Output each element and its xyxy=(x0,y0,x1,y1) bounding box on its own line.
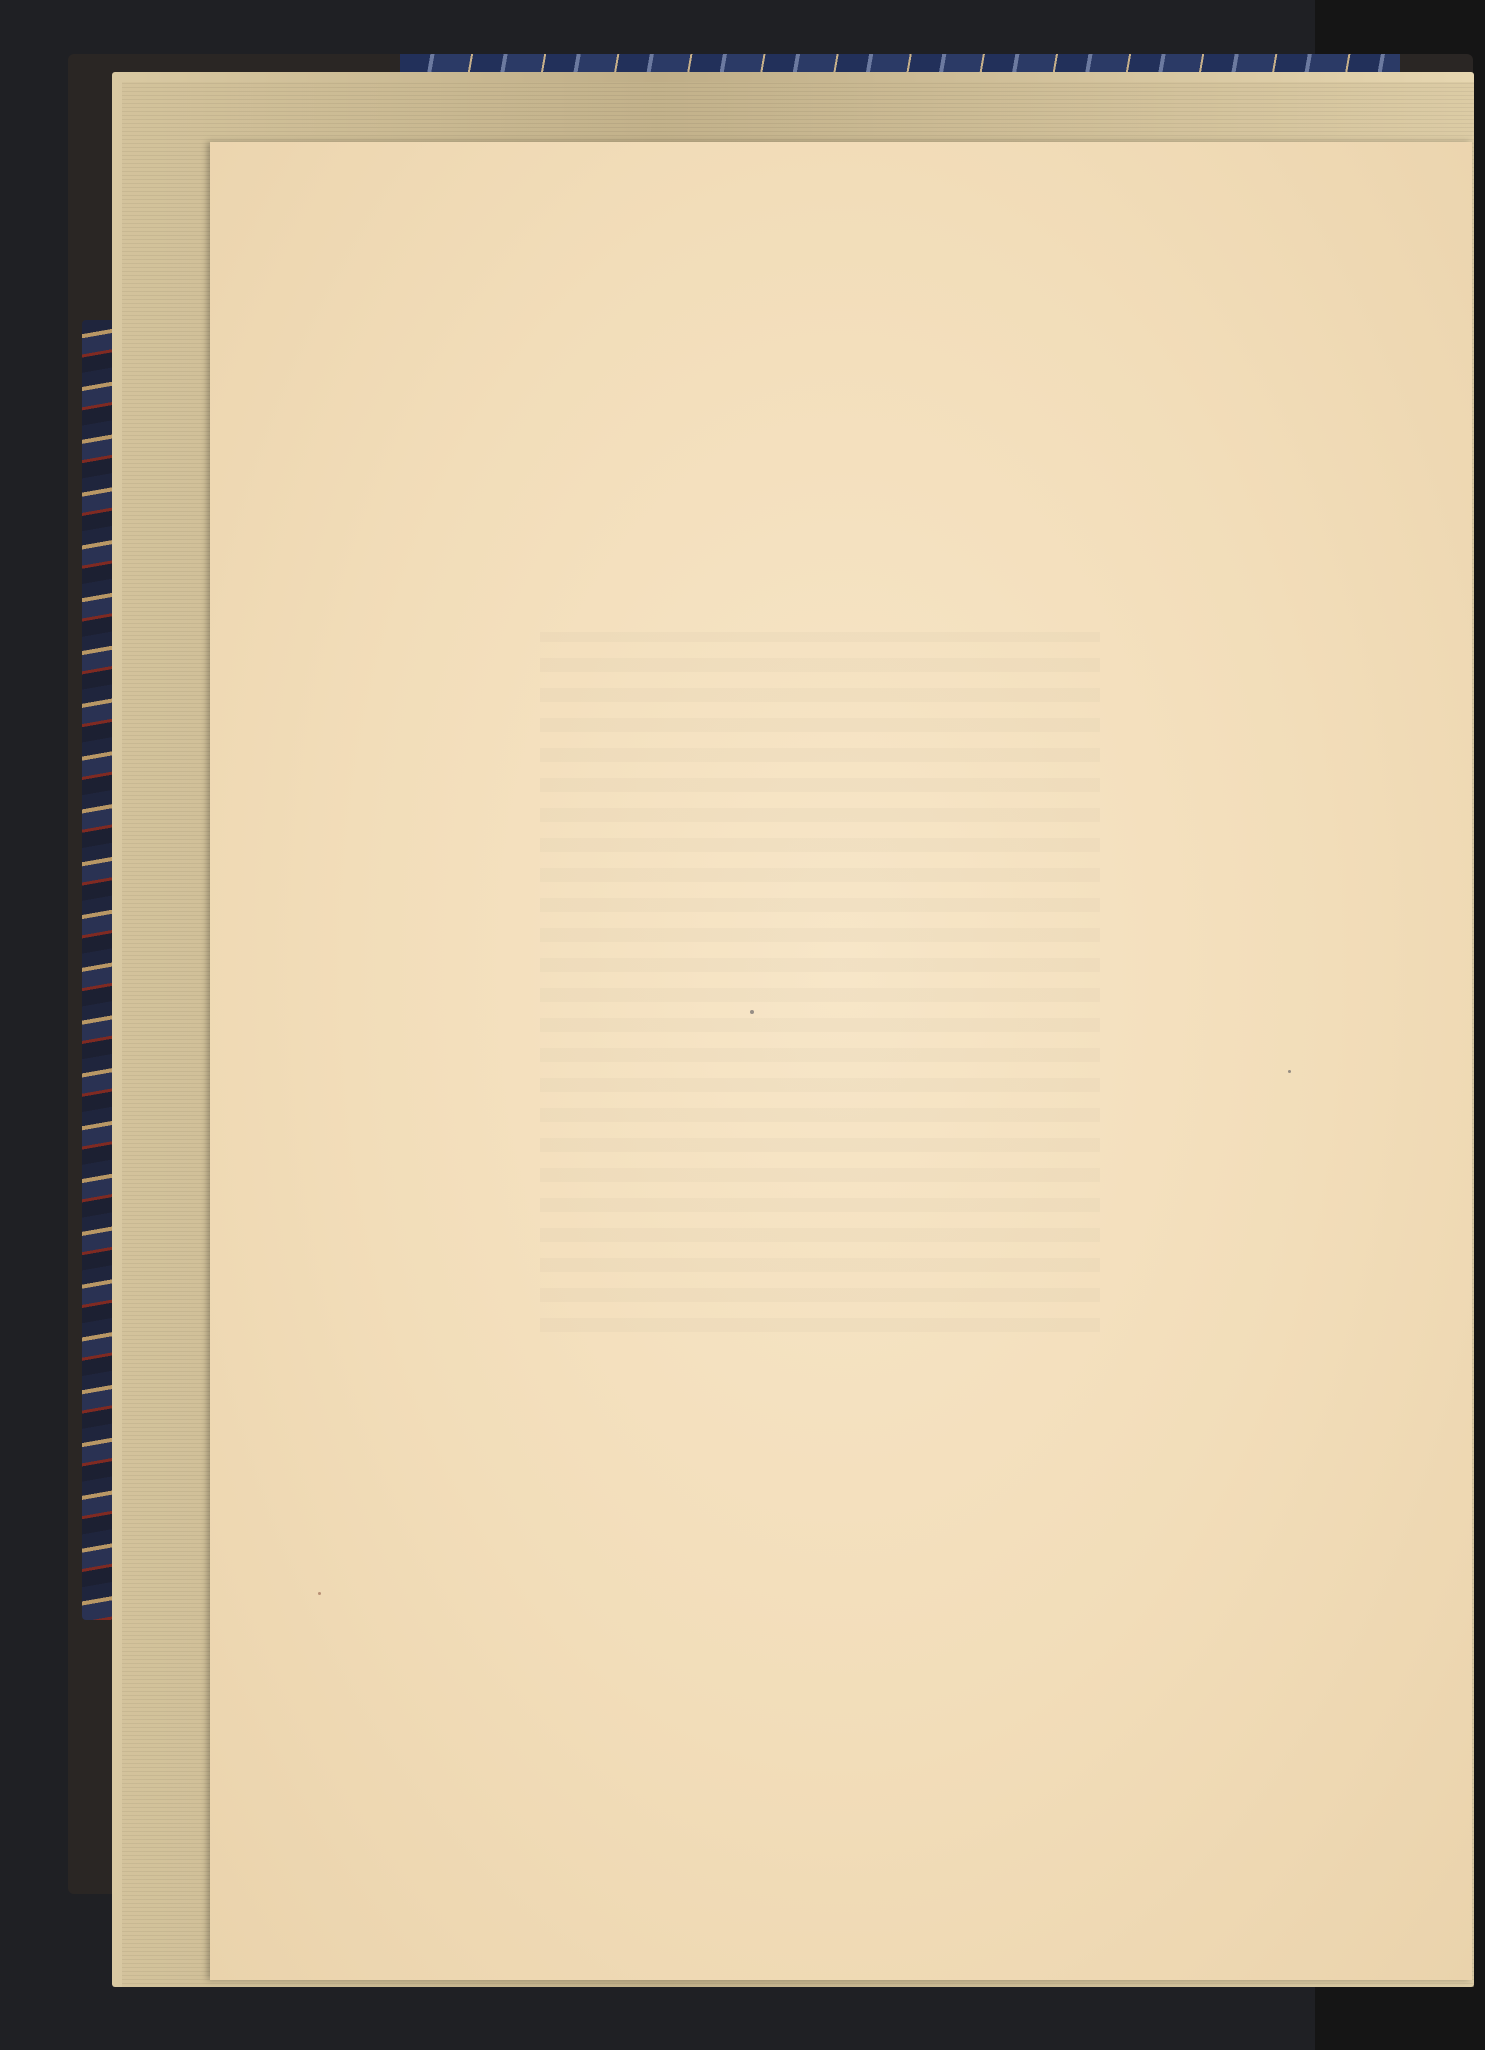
bleed-through-text xyxy=(540,632,1100,1332)
paper-speck xyxy=(318,1592,321,1595)
paper-speck xyxy=(1288,1070,1291,1073)
blank-page xyxy=(210,142,1472,1980)
paper-speck xyxy=(750,1010,754,1014)
